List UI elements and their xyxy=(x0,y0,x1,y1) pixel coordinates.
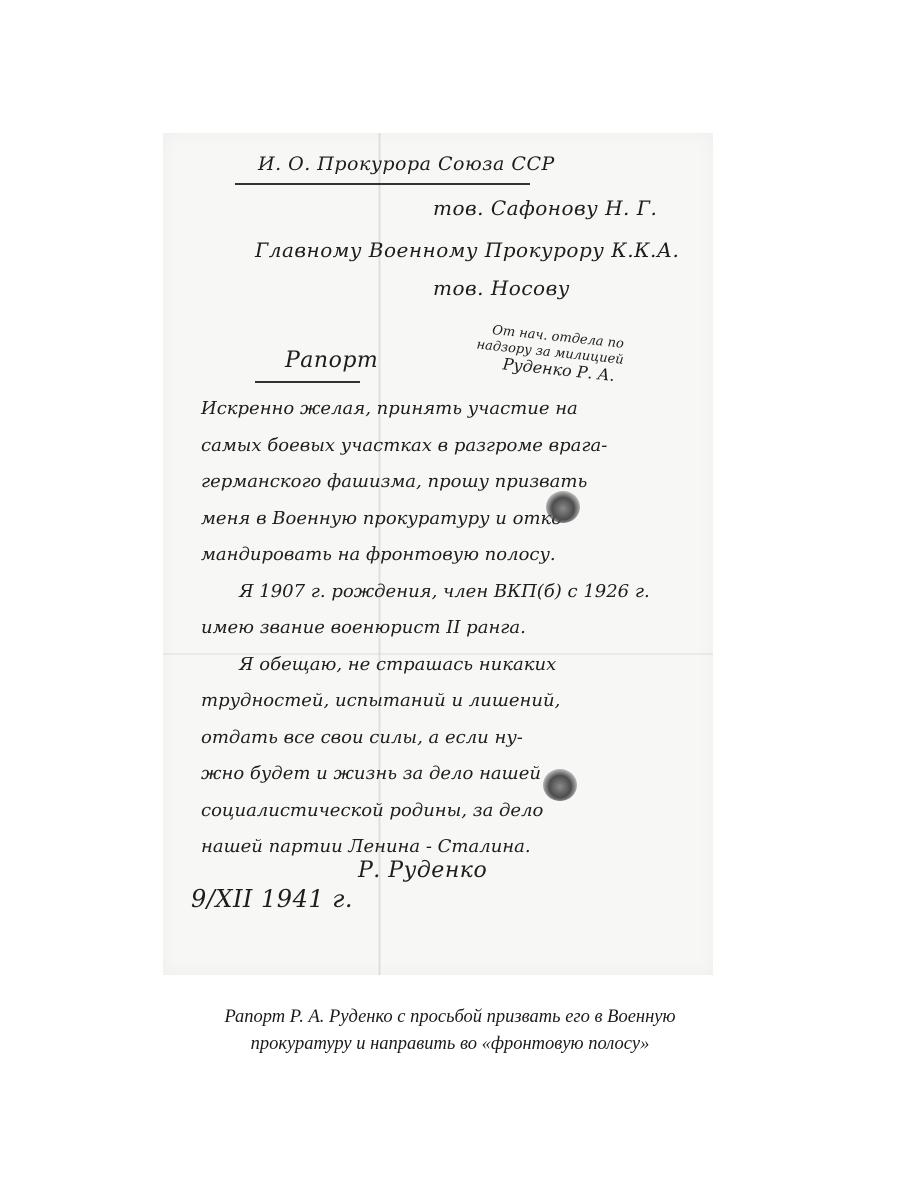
caption-line: Рапорт Р. А. Руденко с просьбой призвать… xyxy=(0,1004,900,1031)
report-body-line: отдать все свои силы, а если ну- xyxy=(201,720,650,757)
report-body-line: трудностей, испытаний и лишений, xyxy=(201,683,650,720)
report-title: Рапорт xyxy=(285,348,378,373)
report-body-line: самых боевых участках в разгроме врага- xyxy=(201,428,650,465)
title-underline xyxy=(255,381,360,383)
report-body-line: Я обещаю, не страшась никаких xyxy=(201,647,650,684)
report-body: Искренно желая, принять участие насамых … xyxy=(201,391,650,866)
report-body-line: имею звание военюрист II ранга. xyxy=(201,610,650,647)
address-underline xyxy=(235,183,530,185)
report-body-line: германского фашизма, прошу призвать xyxy=(201,464,650,501)
address-line-nosov: тов. Носову xyxy=(433,276,570,300)
from-note: От нач. отдела по надзору за милицией Ру… xyxy=(488,323,626,385)
report-body-line: мандировать на фронтовую полосу. xyxy=(201,537,650,574)
signature: Р. Руденко xyxy=(358,858,487,883)
report-body-line: социалистической родины, за дело xyxy=(201,793,650,830)
address-line-safonov: тов. Сафонову Н. Г. xyxy=(433,196,657,220)
report-body-line: меня в Военную прокуратуру и отко- xyxy=(201,501,650,538)
address-line-chief-military-prosecutor: Главному Военному Прокурору К.К.А. xyxy=(255,238,679,262)
report-body-line: жно будет и жизнь за дело нашей xyxy=(201,756,650,793)
scanned-handwritten-report: И. О. Прокурора Союза ССР тов. Сафонову … xyxy=(163,133,713,975)
ink-blot xyxy=(546,491,580,523)
figure-caption: Рапорт Р. А. Руденко с просьбой призвать… xyxy=(0,1004,900,1058)
report-body-line: Я 1907 г. рождения, член ВКП(б) с 1926 г… xyxy=(201,574,650,611)
address-line-prosecutor-ussr: И. О. Прокурора Союза ССР xyxy=(258,153,555,175)
report-date: 9/XII 1941 г. xyxy=(191,885,353,913)
report-body-line: Искренно желая, принять участие на xyxy=(201,391,650,428)
ink-blot xyxy=(543,769,577,801)
caption-line: прокуратуру и направить во «фронтовую по… xyxy=(0,1031,900,1058)
